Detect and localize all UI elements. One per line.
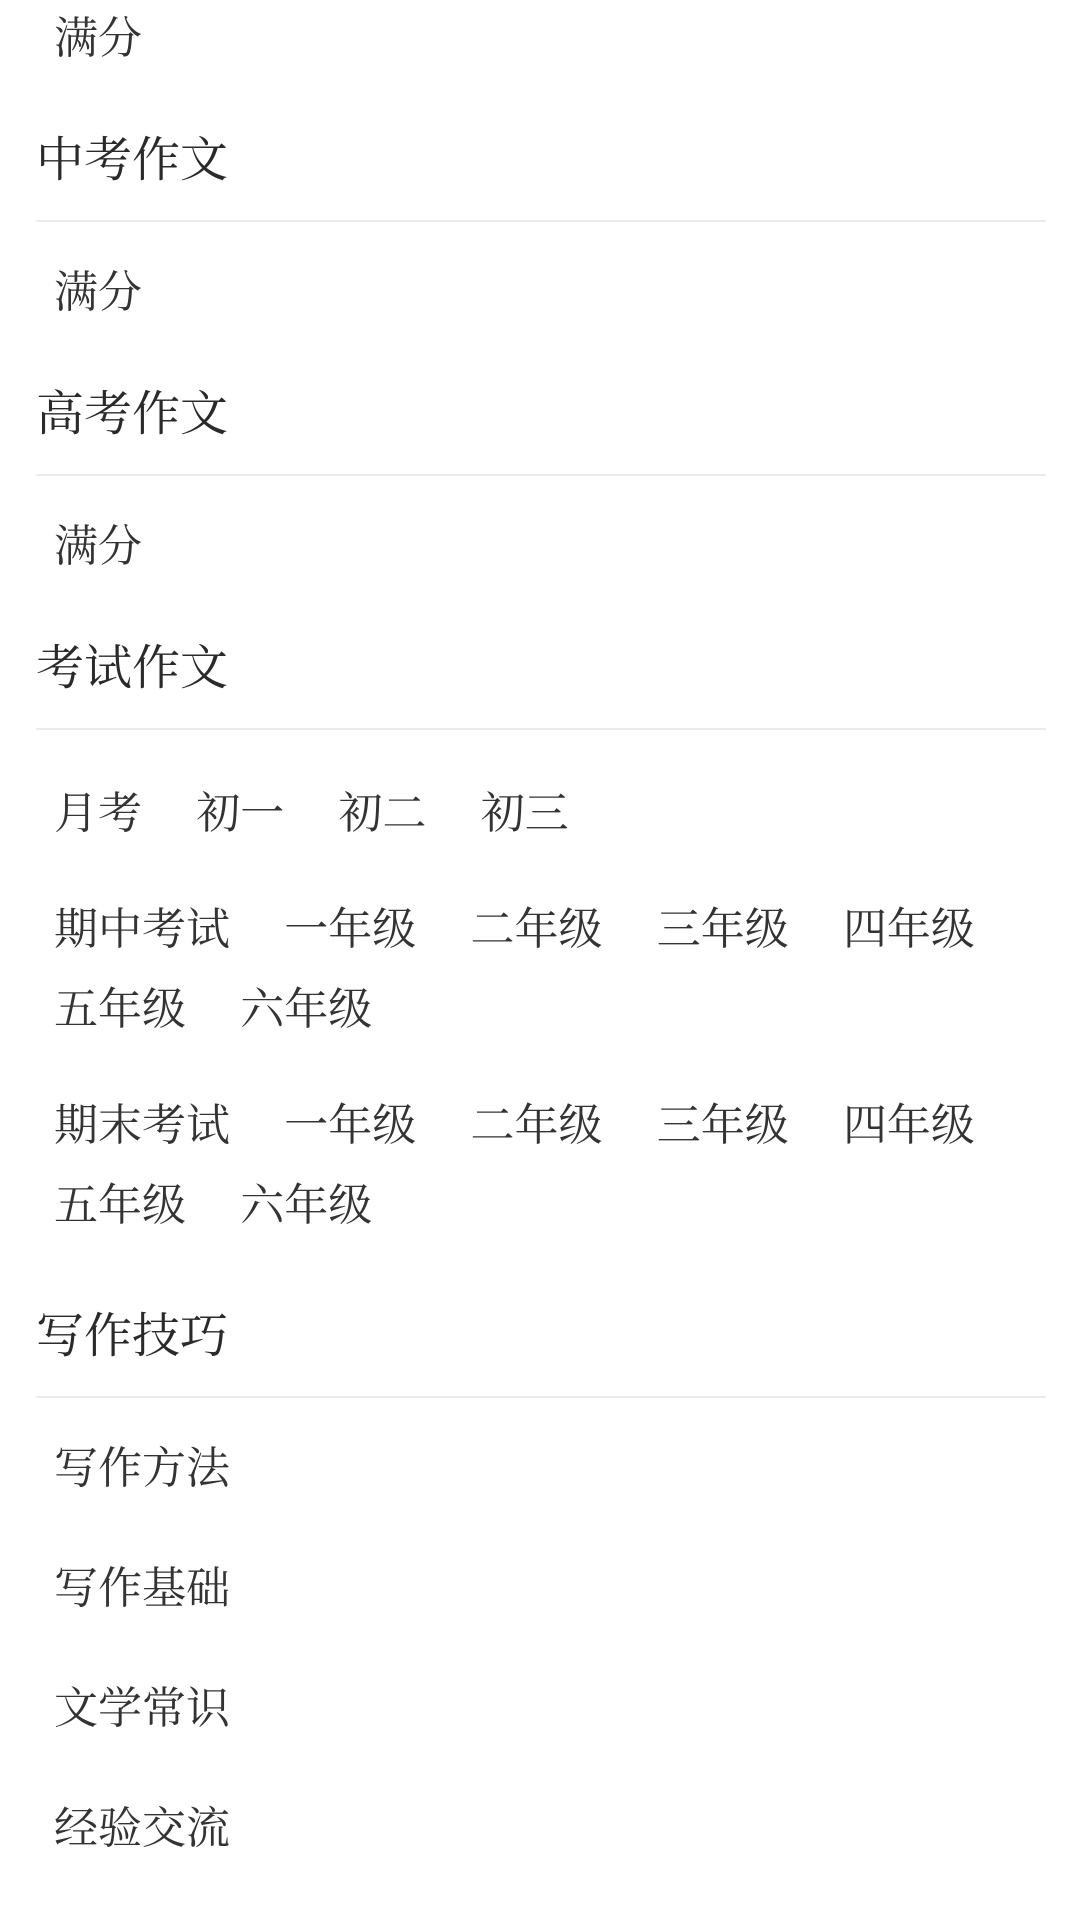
grade-link-grade6[interactable]: 六年级	[240, 970, 372, 1050]
subcategory-link-xiezuofangfa[interactable]: 写作方法	[0, 1438, 1080, 1500]
subcategory-link-qizhong[interactable]: 期中考试	[54, 890, 230, 970]
subcategory-link-manfen[interactable]: 满分	[0, 262, 1080, 324]
section-divider	[36, 220, 1046, 222]
subcategory-link-yuekao[interactable]: 月考	[54, 774, 142, 854]
section-heading-xiezuojiqiao[interactable]: 写作技巧	[0, 1304, 1080, 1370]
section-heading-kaoshi[interactable]: 考试作文	[0, 636, 1080, 702]
grade-link-grade5[interactable]: 五年级	[54, 970, 186, 1050]
grade-link-grade3[interactable]: 三年级	[657, 890, 789, 970]
grade-link-grade1[interactable]: 一年级	[284, 890, 416, 970]
section-divider	[36, 1396, 1046, 1398]
section-divider	[36, 728, 1046, 730]
subcategory-row-qizhong: 期中考试 一年级 二年级 三年级 四年级 五年级 六年级	[0, 890, 1080, 1050]
grade-link-grade4[interactable]: 四年级	[843, 890, 975, 970]
grade-link-grade1[interactable]: 一年级	[284, 1086, 416, 1166]
grade-link-grade2[interactable]: 二年级	[470, 1086, 602, 1166]
section-gaokao: 高考作文 满分	[0, 382, 1080, 578]
subcategory-link-xiezuojichu[interactable]: 写作基础	[0, 1558, 1080, 1620]
section-xiezuojiqiao: 写作技巧 写作方法 写作基础 文学常识 经验交流	[0, 1304, 1080, 1860]
subcategory-link-manfen[interactable]: 满分	[0, 516, 1080, 578]
grade-link-grade6[interactable]: 六年级	[240, 1166, 372, 1246]
grade-link-chuyi[interactable]: 初一	[196, 774, 284, 854]
subcategory-row-qimo: 期末考试 一年级 二年级 三年级 四年级 五年级 六年级	[0, 1086, 1080, 1246]
subcategory-link-manfen-top[interactable]: 满分	[0, 8, 1080, 70]
section-divider	[36, 474, 1046, 476]
grade-link-grade5[interactable]: 五年级	[54, 1166, 186, 1246]
section-zhongkao: 中考作文 满分	[0, 128, 1080, 324]
grade-link-grade4[interactable]: 四年级	[843, 1086, 975, 1166]
section-kaoshi: 考试作文 月考 初一 初二 初三 期中考试 一年级 二年级 三年级 四年级 五年…	[0, 636, 1080, 1246]
subcategory-link-jingyanjiaoliu[interactable]: 经验交流	[0, 1798, 1080, 1860]
section-heading-gaokao[interactable]: 高考作文	[0, 382, 1080, 448]
section-heading-zhongkao[interactable]: 中考作文	[0, 128, 1080, 194]
subcategory-link-qimo[interactable]: 期末考试	[54, 1086, 230, 1166]
section-partial-top: 满分	[0, 8, 1080, 70]
grade-link-chusan[interactable]: 初三	[481, 774, 569, 854]
subcategory-row-yuekao: 月考 初一 初二 初三	[0, 774, 1080, 854]
grade-link-chuer[interactable]: 初二	[338, 774, 426, 854]
grade-link-grade2[interactable]: 二年级	[470, 890, 602, 970]
category-listing-page: 满分 中考作文 满分 高考作文 满分 考试作文 月考 初一 初二 初三 期中考试…	[0, 8, 1080, 1920]
grade-link-grade3[interactable]: 三年级	[657, 1086, 789, 1166]
subcategory-link-wenxuechangshi[interactable]: 文学常识	[0, 1678, 1080, 1740]
